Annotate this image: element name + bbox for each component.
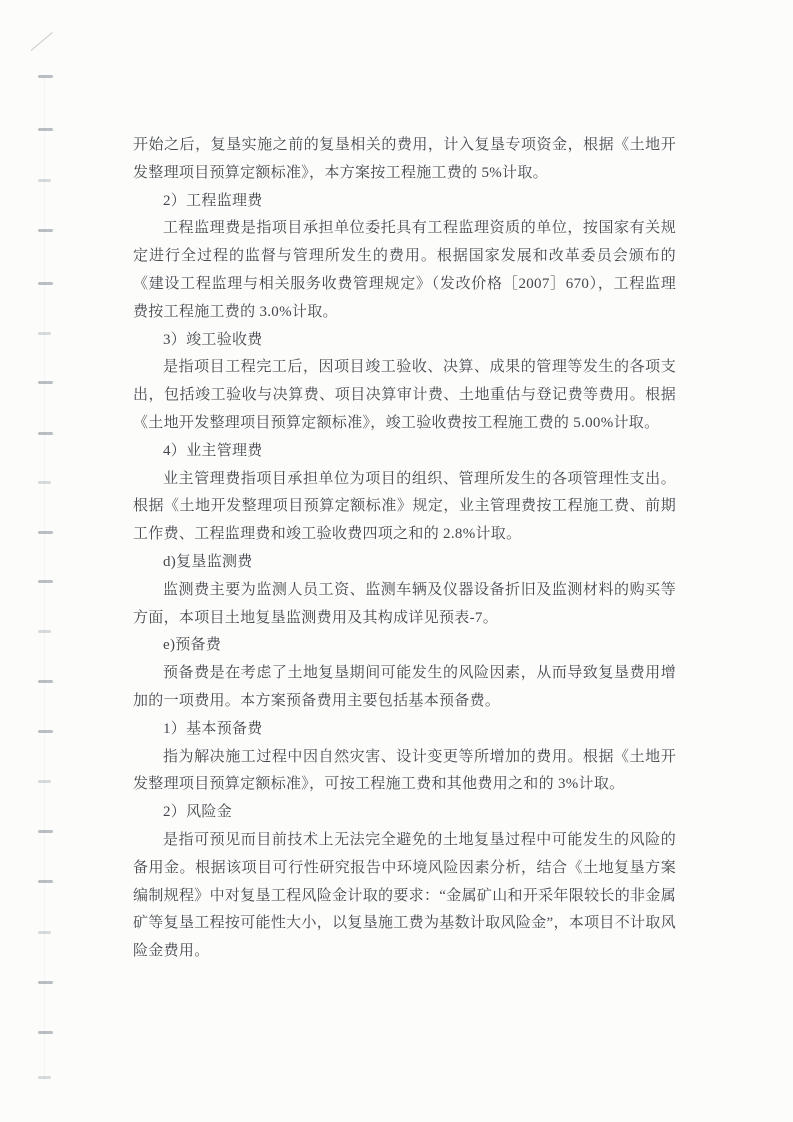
paragraph: 是指项目工程完工后，因项目竣工验收、决算、成果的管理等发生的各项支出，包括竣工验… xyxy=(133,354,676,437)
binding-mark xyxy=(38,531,53,534)
binding-mark xyxy=(38,880,53,883)
section-heading: d)复垦监测费 xyxy=(133,549,676,577)
paragraph: 监测费主要为监测人员工资、监测车辆及仪器设备折旧及监测材料的购买等方面，本项目土… xyxy=(133,577,676,633)
binding-mark xyxy=(38,1076,51,1079)
paragraph-continuation: 开始之后，复垦实施之前的复垦相关的费用，计入复垦专项资金，根据《土地开发整理项目… xyxy=(133,132,676,188)
binding-mark xyxy=(38,229,53,232)
binding-mark xyxy=(38,332,51,335)
binding-mark xyxy=(38,179,51,182)
section-heading: 1）基本预备费 xyxy=(133,716,676,744)
binding-mark xyxy=(38,931,51,934)
paragraph: 指为解决施工过程中因自然灾害、设计变更等所增加的费用。根据《土地开发整理项目预算… xyxy=(133,744,676,800)
binding-mark xyxy=(38,1031,53,1034)
paragraph: 工程监理费是指项目承担单位委托具有工程监理资质的单位，按国家有关规定进行全过程的… xyxy=(133,215,676,326)
binding-crease xyxy=(44,75,45,1080)
binding-mark xyxy=(38,75,53,78)
document-body: 开始之后，复垦实施之前的复垦相关的费用，计入复垦专项资金，根据《土地开发整理项目… xyxy=(133,132,676,966)
scanned-page: 开始之后，复垦实施之前的复垦相关的费用，计入复垦专项资金，根据《土地开发整理项目… xyxy=(0,0,793,1122)
binding-mark xyxy=(38,282,53,285)
section-heading: 4）业主管理费 xyxy=(133,438,676,466)
binding-mark xyxy=(38,128,53,131)
binding-mark xyxy=(38,481,51,484)
binding-mark xyxy=(38,730,53,733)
binding-mark xyxy=(38,830,53,833)
paragraph: 是指可预见而目前技术上无法完全避免的土地复垦过程中可能发生的风险的备用金。根据该… xyxy=(133,827,676,966)
scratch-mark xyxy=(31,32,53,51)
binding-mark xyxy=(38,680,53,683)
section-heading: 2）风险金 xyxy=(133,799,676,827)
binding-mark xyxy=(38,580,53,583)
binding-mark xyxy=(38,981,53,984)
binding-mark xyxy=(38,432,53,435)
binding-mark xyxy=(38,630,51,633)
binding-mark xyxy=(38,780,51,783)
binding-mark xyxy=(38,381,53,384)
section-heading: 3）竣工验收费 xyxy=(133,327,676,355)
paragraph: 预备费是在考虑了土地复垦期间可能发生的风险因素，从而导致复垦费用增加的一项费用。… xyxy=(133,660,676,716)
section-heading: 2）工程监理费 xyxy=(133,188,676,216)
section-heading: e)预备费 xyxy=(133,632,676,660)
paragraph: 业主管理费指项目承担单位为项目的组织、管理所发生的各项管理性支出。根据《土地开发… xyxy=(133,466,676,549)
